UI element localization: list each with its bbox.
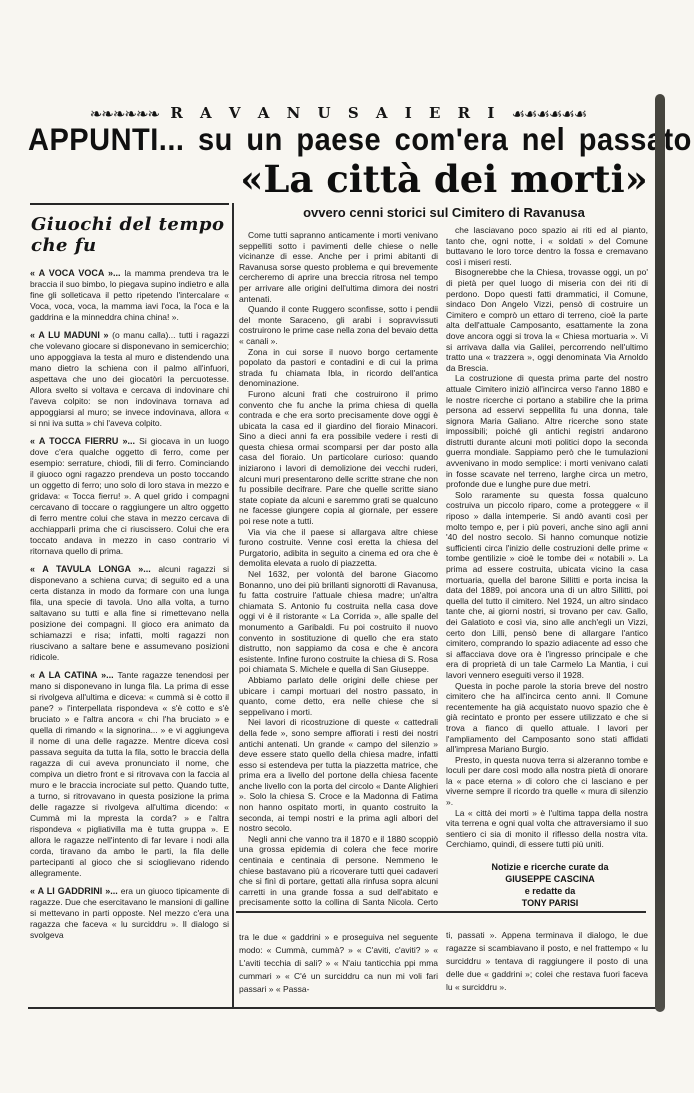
kicker-headline: APPUNTI... su un paese com'era nel passa… [28, 123, 652, 159]
left-article-body: « A VOCA VOCA »... la mamma prendeva tra… [30, 268, 229, 941]
article-end-rule [236, 911, 646, 913]
paragraph: « A LI GADDRINI »... era un giuoco tipic… [30, 886, 229, 941]
column-divider-rule [232, 203, 234, 1009]
floral-ornament-icon: ❧❧❧❧❧❧ [90, 105, 159, 123]
paragraph: Bisognerebbe che la Chiesa, trovasse ogg… [446, 267, 648, 373]
paragraph: « A TAVULA LONGA »... alcuni ragazzi si … [30, 564, 229, 663]
paragraph: Solo raramente su questa fossa qualcuno … [446, 490, 648, 681]
masthead-title: R A V A N U S A I E R I [170, 104, 500, 122]
paragraph: La « città dei morti » è l'ultima tappa … [446, 808, 648, 850]
credit-line: GIUSEPPE CASCINA [470, 873, 630, 885]
paragraph: « A VOCA VOCA »... la mamma prendeva tra… [30, 268, 229, 323]
main-article-subtitle: ovvero cenni storici sul Cimitero di Rav… [238, 205, 650, 220]
left-article-title: Giuochi del tempo che fu [31, 214, 229, 256]
continuation-column-1: tra le due « gaddrini » e proseguiva nel… [239, 931, 438, 1005]
paragraph: « A LA CATINA »... Tante ragazze tenendo… [30, 670, 229, 879]
paragraph: tra le due « gaddrini » e proseguiva nel… [239, 931, 438, 996]
credit-line: e redatte da [470, 885, 630, 897]
paragraph: Quando il conte Ruggero sconfisse, sotto… [239, 304, 438, 346]
paragraph: Nei lavori di ricostruzione di queste « … [239, 717, 438, 834]
floral-ornament-icon: ☙☙☙☙☙☙ [512, 105, 587, 123]
paragraph: Via via che il paese si allargava altre … [239, 527, 438, 569]
paragraph: Negli anni che vanno tra il 1870 e il 18… [239, 834, 438, 908]
paragraph: che lasciavano poco spazio ai riti ed al… [446, 225, 648, 267]
page-bottom-rule [28, 1007, 662, 1009]
main-article-column-1: Come tutti sapranno anticamente i morti … [239, 230, 438, 908]
paragraph: Questa in poche parole la storia breve d… [446, 681, 648, 755]
left-article: Giuochi del tempo che fu « A VOCA VOCA »… [30, 203, 229, 995]
credit-line: TONY PARISI [470, 897, 630, 909]
newspaper-page: ❧❧❧❧❧❧ R A V A N U S A I E R I ☙☙☙☙☙☙ AP… [0, 0, 694, 1093]
paragraph: « A LU MADUNI » (o manu calla)... tutti … [30, 330, 229, 429]
scan-edge-shadow [655, 94, 665, 1012]
paragraph: Abbiamo parlato delle origini delle chie… [239, 675, 438, 717]
continuation-column-2: ti, passati ». Appena terminava il dialo… [446, 929, 648, 1005]
paragraph: Presto, in questa nuova terra si alzeran… [446, 755, 648, 808]
paragraph: La costruzione di questa prima parte del… [446, 373, 648, 490]
paragraph: Nel 1632, per volontà del barone Giacomo… [239, 569, 438, 675]
paragraph: Come tutti sapranno anticamente i morti … [239, 230, 438, 304]
main-article-column-2: che lasciavano poco spazio ai riti ed al… [446, 225, 648, 859]
paragraph: Zona in cui sorse il nuovo borgo certame… [239, 347, 438, 389]
paragraph: ti, passati ». Appena terminava il dialo… [446, 929, 648, 994]
main-article-title: «La città dei morti» [238, 157, 650, 201]
credit-line: Notizie e ricerche curate da [470, 861, 630, 873]
credits-block: Notizie e ricerche curate daGIUSEPPE CAS… [470, 861, 630, 909]
paragraph: Furono alcuni frati che costruirono il p… [239, 389, 438, 527]
masthead: ❧❧❧❧❧❧ R A V A N U S A I E R I ☙☙☙☙☙☙ [28, 104, 648, 123]
paragraph: « A TOCCA FIERRU »... Si giocava in un l… [30, 436, 229, 557]
